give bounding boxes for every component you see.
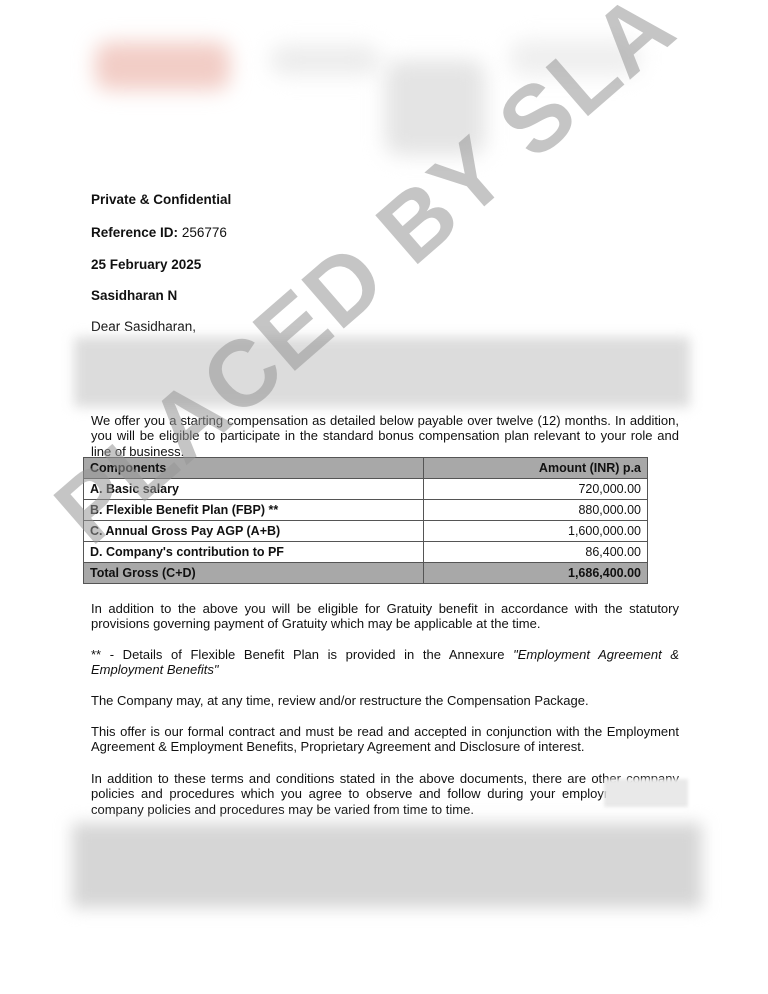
reference-id: Reference ID: 256776	[91, 225, 227, 240]
amount-cell: 880,000.00	[424, 500, 648, 521]
component-cell: C. Annual Gross Pay AGP (A+B)	[84, 521, 424, 542]
compensation-table: Components Amount (INR) p.a A. Basic sal…	[83, 457, 648, 584]
table-row: B. Flexible Benefit Plan (FBP) ** 880,00…	[84, 500, 648, 521]
redacted-text-patch	[604, 779, 688, 807]
greeting: Dear Sasidharan,	[91, 319, 196, 334]
letterhead-redacted	[270, 45, 380, 75]
fbp-note-text: ** - Details of Flexible Benefit Plan is…	[91, 647, 513, 662]
fbp-note-paragraph: ** - Details of Flexible Benefit Plan is…	[91, 647, 679, 678]
table-row: A. Basic salary 720,000.00	[84, 479, 648, 500]
total-amount-cell: 1,686,400.00	[424, 563, 648, 584]
component-cell: A. Basic salary	[84, 479, 424, 500]
offer-paragraph: We offer you a starting compensation as …	[91, 413, 679, 459]
redacted-paragraph	[74, 337, 690, 407]
component-cell: B. Flexible Benefit Plan (FBP) **	[84, 500, 424, 521]
amount-cell: 1,600,000.00	[424, 521, 648, 542]
reference-value: 256776	[182, 225, 227, 240]
total-label-cell: Total Gross (C+D)	[84, 563, 424, 584]
redacted-footer	[72, 823, 702, 908]
company-logo-redacted	[95, 42, 230, 90]
table-row: D. Company's contribution to PF 86,400.0…	[84, 542, 648, 563]
letterhead-redacted	[510, 40, 640, 76]
column-header-amount: Amount (INR) p.a	[424, 458, 648, 479]
recipient-name: Sasidharan N	[91, 288, 177, 303]
review-paragraph: The Company may, at any time, review and…	[91, 693, 679, 708]
confidential-heading: Private & Confidential	[91, 192, 231, 207]
reference-label: Reference ID:	[91, 225, 178, 240]
amount-cell: 86,400.00	[424, 542, 648, 563]
table-header-row: Components Amount (INR) p.a	[84, 458, 648, 479]
component-cell: D. Company's contribution to PF	[84, 542, 424, 563]
column-header-components: Components	[84, 458, 424, 479]
policies-paragraph: In addition to these terms and condition…	[91, 771, 679, 817]
table-total-row: Total Gross (C+D) 1,686,400.00	[84, 563, 648, 584]
letterhead-redacted	[385, 60, 485, 155]
gratuity-paragraph: In addition to the above you will be eli…	[91, 601, 679, 632]
table-row: C. Annual Gross Pay AGP (A+B) 1,600,000.…	[84, 521, 648, 542]
letter-date: 25 February 2025	[91, 257, 201, 272]
contract-paragraph: This offer is our formal contract and mu…	[91, 724, 679, 755]
amount-cell: 720,000.00	[424, 479, 648, 500]
